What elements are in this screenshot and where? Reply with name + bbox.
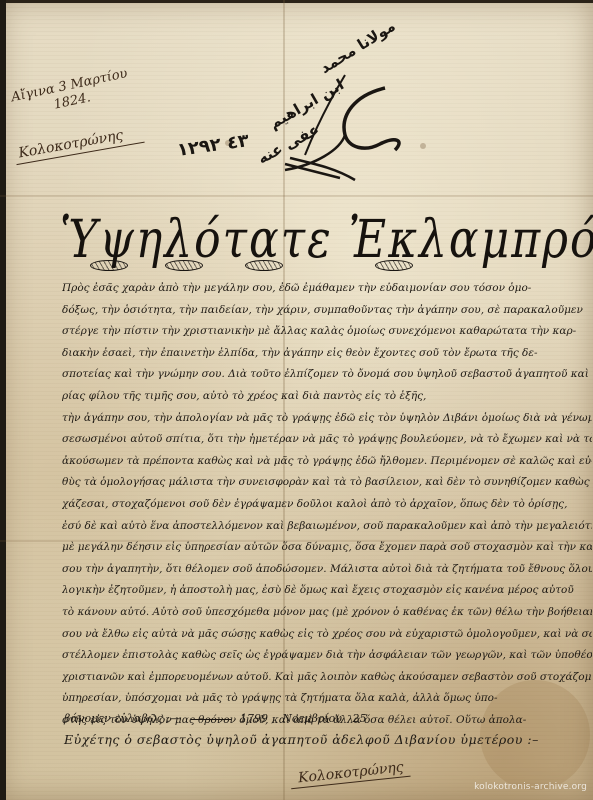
letter-dateline: βάνομεν εὐλαβῶς :— 1799 ; Νοεμβρίου 25 xyxy=(64,712,366,725)
scan-left-edge xyxy=(0,0,6,800)
body-line: χάζεσαι, στοχαζόμενοι σοῦ δὲν ἐγράψαμεν … xyxy=(62,494,592,516)
body-line: ἀκούσωμεν τὰ πρέποντα καθὼς καὶ νὰ μᾶς τ… xyxy=(62,451,592,473)
date-year: 1799 xyxy=(240,712,268,725)
body-line: λογικὴν ἐζητοῦμεν, ἡ ἀποστολὴ μας, ἐσὺ δ… xyxy=(62,580,592,602)
body-line: ρίας φίλου τῆς τιμῆς σου, αὐτὸ τὸ χρέος … xyxy=(62,386,592,408)
margin-date-note: Αἴγινα 3 Μαρτίου 1824. xyxy=(10,66,132,122)
date-month: Νοεμβρίου xyxy=(282,712,342,725)
ottoman-seal-annotation: مولانا محمد ابن ابراهيم عفى عنه xyxy=(245,40,455,190)
date-day: 25 xyxy=(352,712,366,725)
paper-fold-horizontal xyxy=(0,195,593,197)
ornamental-knots xyxy=(90,260,510,272)
margin-signature: Κολοκοτρώνης xyxy=(13,124,144,165)
body-line: σεσωσμένοι αὐτοῦ σπίτια, ὅτι τὴν ἡμετέρα… xyxy=(62,429,592,451)
body-line: τὴν ἀγάπην σου, τὴν ἀπολογίαν νὰ μᾶς τὸ … xyxy=(62,408,592,430)
body-line: μὲ μεγάλην δέησιν εἰς ὑπηρεσίαν αὐτῶν ὅσ… xyxy=(62,537,592,559)
body-line: διακὴν ἐσαεὶ, τὴν ἐπαινετὴν ἐλπίδα, τὴν … xyxy=(62,343,592,365)
knot-ornament-icon xyxy=(165,260,203,271)
bottom-signature: Κολοκοτρώνης xyxy=(289,759,410,789)
body-line: σου νὰ ἔλθω εἰς αὐτὰ νὰ μᾶς σώσῃς καθὼς … xyxy=(62,624,592,646)
body-line: Πρὸς ἐσᾶς χαρὰν ἀπὸ τὴν μεγάλην σου, ἐδῶ… xyxy=(62,278,592,300)
seal-number: ٤٣ ١٢٩٢ xyxy=(176,130,250,161)
body-line: σου τὴν ἀγαπητὴν, ὅτι θέλομεν σοῦ ἀποδώσ… xyxy=(62,559,592,581)
body-line: στέλλομεν ἐπιστολὰς καθὼς σεῖς ὡς ἐγράψα… xyxy=(62,645,592,667)
body-line: σποτείας καὶ τὴν γνώμην σου. Διὰ τοῦτο ἐ… xyxy=(62,364,592,386)
body-line: χριστιανῶν καὶ ἐμπορευομένων αὐτοῦ. Καὶ … xyxy=(62,667,592,689)
knot-ornament-icon xyxy=(245,260,283,271)
scan-top-edge xyxy=(0,0,593,3)
body-line: ὑπηρεσίαν, ὑπόσχομαι νὰ μᾶς τὸ γράψῃς τὰ… xyxy=(62,688,592,710)
letter-body: Πρὸς ἐσᾶς χαρὰν ἀπὸ τὴν μεγάλην σου, ἐδῶ… xyxy=(62,278,592,731)
knot-ornament-icon xyxy=(375,260,413,271)
body-line: θὺς τὰ ὁμολογήσας μάλιστα τὴν συνεισφορὰ… xyxy=(62,472,592,494)
archive-watermark: kolokotronis-archive.org xyxy=(474,782,587,792)
body-line: δόξως, τὴν ὁσιότητα, τὴν παιδείαν, τὴν χ… xyxy=(62,300,592,322)
knot-ornament-icon xyxy=(90,260,128,271)
body-line: ἐσύ δὲ καὶ αὐτὸ ἕνα ἀποστελλόμενον καὶ β… xyxy=(62,516,592,538)
letter-closing: Εὐχέτης ὁ σεβαστὸς ὑψηλοῦ ἀγαπητοῦ ἀδελφ… xyxy=(64,732,539,747)
body-line: τὸ κάνουν αὐτό. Αὐτὸ σοῦ ὑπεσχόμεθα μόνο… xyxy=(62,602,592,624)
final-line: βάνομεν εὐλαβῶς :— xyxy=(64,712,181,725)
manuscript-page: Αἴγινα 3 Μαρτίου 1824. Κολοκοτρώνης مولا… xyxy=(0,0,593,800)
body-line: στέργε τὴν πίστιν τὴν χριστιανικὴν μὲ ἄλ… xyxy=(62,321,592,343)
